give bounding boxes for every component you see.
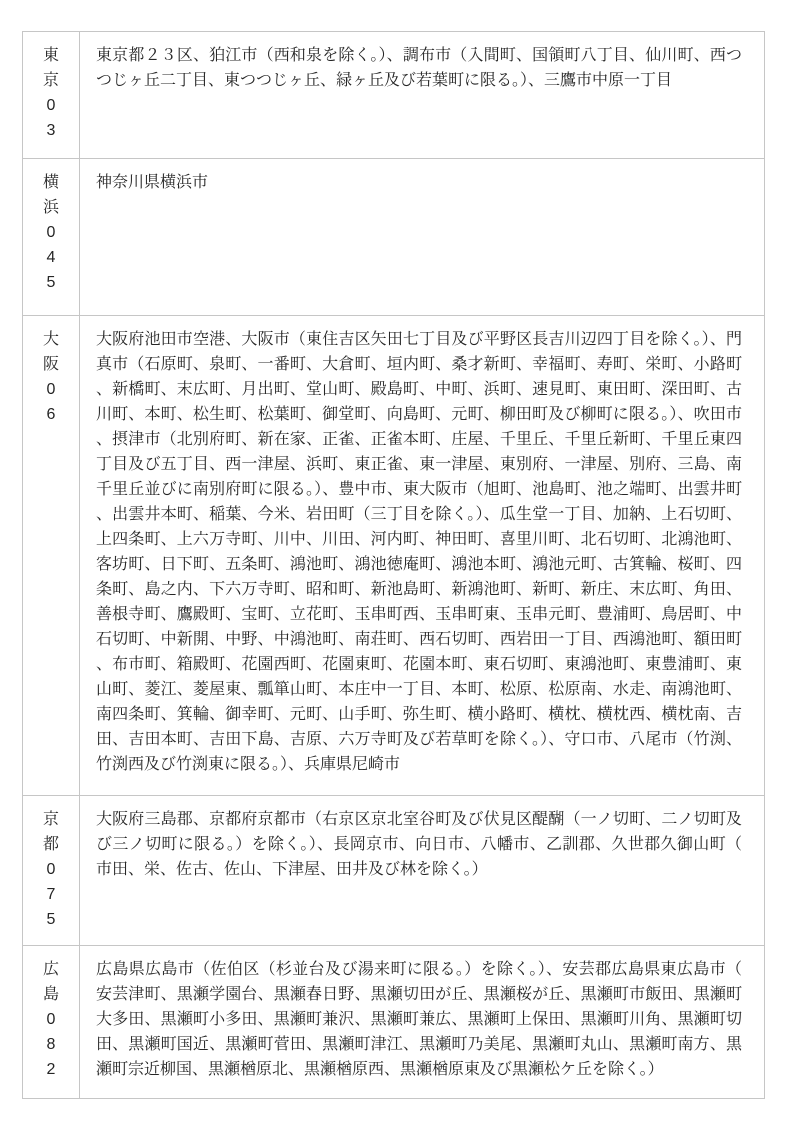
area-code-label-osaka-06: 大 阪 0 6 bbox=[23, 316, 80, 795]
label-char: 都 bbox=[23, 832, 79, 857]
area-description-cell: 広島県広島市（佐伯区（杉並台及び湯来町に限る。）を除く。）、安芸郡広島県東広島市… bbox=[80, 946, 764, 1098]
label-char: 4 bbox=[23, 245, 79, 270]
area-code-label-yokohama-045: 横 浜 0 4 5 bbox=[23, 159, 80, 315]
table-row-osaka-06: 大 阪 0 6 大阪府池田市空港、大阪市（東住吉区矢田七丁目及び平野区長吉川辺四… bbox=[23, 316, 764, 796]
area-description-cell: 大阪府池田市空港、大阪市（東住吉区矢田七丁目及び平野区長吉川辺四丁目を除く。）、… bbox=[80, 316, 764, 795]
label-char: 島 bbox=[23, 982, 79, 1007]
label-char: 8 bbox=[23, 1032, 79, 1057]
label-char: 7 bbox=[23, 882, 79, 907]
area-description-text: 大阪府池田市空港、大阪市（東住吉区矢田七丁目及び平野区長吉川辺四丁目を除く。）、… bbox=[96, 327, 742, 777]
label-char: 0 bbox=[23, 377, 79, 402]
label-char: 5 bbox=[23, 270, 79, 295]
page: 東 京 0 3 東京都２３区、狛江市（西和泉を除く。）、調布市（入間町、国領町八… bbox=[0, 0, 800, 1131]
area-description-cell: 東京都２３区、狛江市（西和泉を除く。）、調布市（入間町、国領町八丁目、仙川町、西… bbox=[80, 32, 764, 158]
table-row-hiroshima-082: 広 島 0 8 2 広島県広島市（佐伯区（杉並台及び湯来町に限る。）を除く。）、… bbox=[23, 946, 764, 1098]
label-char: 大 bbox=[23, 327, 79, 352]
label-char: 0 bbox=[23, 93, 79, 118]
label-char: 東 bbox=[23, 43, 79, 68]
label-char: 横 bbox=[23, 170, 79, 195]
table-row-tokyo-03: 東 京 0 3 東京都２３区、狛江市（西和泉を除く。）、調布市（入間町、国領町八… bbox=[23, 32, 764, 159]
area-code-label-tokyo-03: 東 京 0 3 bbox=[23, 32, 80, 158]
label-char: 6 bbox=[23, 402, 79, 427]
area-description-text: 神奈川県横浜市 bbox=[96, 170, 742, 195]
label-char: 5 bbox=[23, 907, 79, 932]
area-code-label-kyoto-075: 京 都 0 7 5 bbox=[23, 796, 80, 945]
label-char: 阪 bbox=[23, 352, 79, 377]
area-description-text: 大阪府三島郡、京都府京都市（右京区京北室谷町及び伏見区醍醐（一ノ切町、二ノ切町及… bbox=[96, 807, 742, 882]
label-char: 3 bbox=[23, 118, 79, 143]
label-char: 0 bbox=[23, 857, 79, 882]
area-code-label-hiroshima-082: 広 島 0 8 2 bbox=[23, 946, 80, 1098]
area-description-text: 東京都２３区、狛江市（西和泉を除く。）、調布市（入間町、国領町八丁目、仙川町、西… bbox=[96, 43, 742, 93]
label-char: 京 bbox=[23, 807, 79, 832]
label-char: 京 bbox=[23, 68, 79, 93]
table-row-yokohama-045: 横 浜 0 4 5 神奈川県横浜市 bbox=[23, 159, 764, 316]
label-char: 2 bbox=[23, 1057, 79, 1082]
table-row-kyoto-075: 京 都 0 7 5 大阪府三島郡、京都府京都市（右京区京北室谷町及び伏見区醍醐（… bbox=[23, 796, 764, 946]
area-description-text: 広島県広島市（佐伯区（杉並台及び湯来町に限る。）を除く。）、安芸郡広島県東広島市… bbox=[96, 957, 742, 1082]
area-description-cell: 神奈川県横浜市 bbox=[80, 159, 764, 315]
label-char: 広 bbox=[23, 957, 79, 982]
area-code-table: 東 京 0 3 東京都２３区、狛江市（西和泉を除く。）、調布市（入間町、国領町八… bbox=[22, 31, 765, 1099]
label-char: 0 bbox=[23, 220, 79, 245]
label-char: 浜 bbox=[23, 195, 79, 220]
label-char: 0 bbox=[23, 1007, 79, 1032]
area-description-cell: 大阪府三島郡、京都府京都市（右京区京北室谷町及び伏見区醍醐（一ノ切町、二ノ切町及… bbox=[80, 796, 764, 945]
